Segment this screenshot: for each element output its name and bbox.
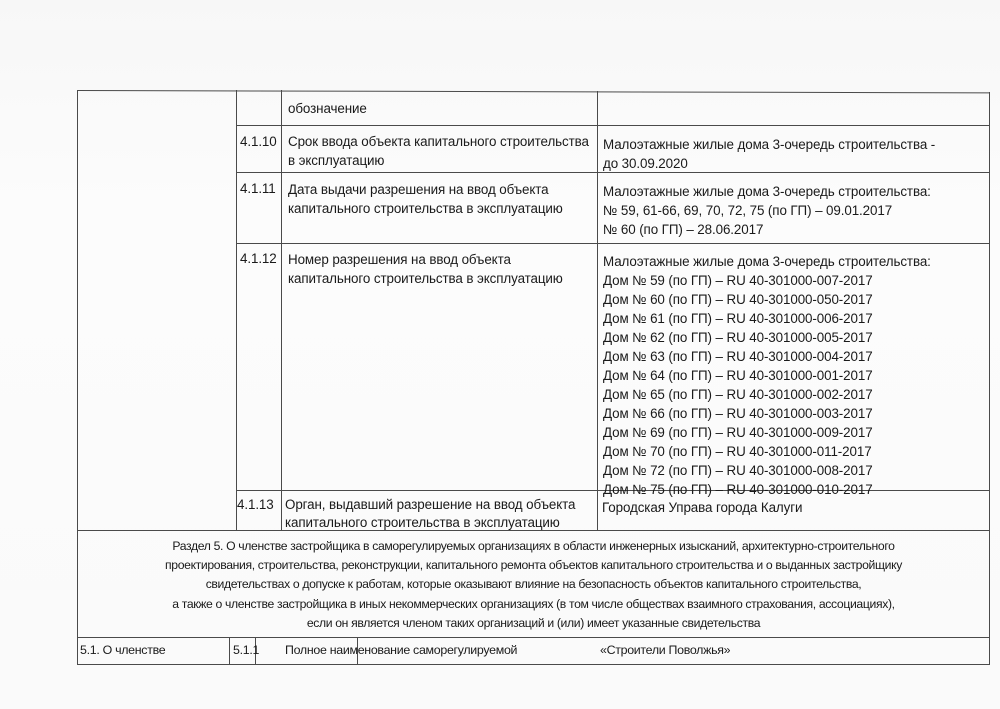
table-border-top xyxy=(77,90,990,93)
row-value: № 59, 61-66, 69, 70, 72, 75 (по ГП) – 09… xyxy=(603,201,892,220)
section-5-line: проектирования, строительства, реконстру… xyxy=(77,556,990,575)
row-number: 4.1.12 xyxy=(240,249,277,268)
row-value: Малоэтажные жилые дома 3-очередь строите… xyxy=(603,182,931,201)
row-value: Дом № 61 (по ГП) – RU 40-301000-006-2017 xyxy=(603,309,873,328)
row-value: Городская Управа города Калуги xyxy=(602,498,802,517)
row51-value: «Строители Поволжья» xyxy=(600,641,730,660)
row51-number: 5.1.1 xyxy=(233,641,259,660)
row51-group: 5.1. О членстве xyxy=(80,641,165,660)
row-value: № 60 (по ГП) – 28.06.2017 xyxy=(603,220,763,239)
row-value: Дом № 62 (по ГП) – RU 40-301000-005-2017 xyxy=(603,328,873,347)
row-value: Дом № 65 (по ГП) – RU 40-301000-002-2017 xyxy=(603,385,873,404)
section-5-line: свидетельствах о допуске к работам, кото… xyxy=(77,575,990,594)
row-value: Дом № 64 (по ГП) – RU 40-301000-001-2017 xyxy=(603,366,873,385)
row-label: обозначение xyxy=(288,99,367,118)
row-label: Срок ввода объекта капитального строител… xyxy=(288,132,589,151)
section-5-heading: Раздел 5. О членстве застройщика в самор… xyxy=(77,537,990,633)
row-number: 4.1.11 xyxy=(240,179,276,198)
row51-divider-1 xyxy=(229,637,230,664)
row51-label: Полное наименование саморегулируемой xyxy=(285,641,517,660)
row-label: Дата выдачи разрешения на ввод объекта xyxy=(288,180,549,199)
row-label: Номер разрешения на ввод объекта xyxy=(288,250,511,269)
row-value: Малоэтажные жилые дома 3-очередь строите… xyxy=(603,252,931,271)
section-divider-bottom xyxy=(77,637,990,638)
row-label: капитального строительства в эксплуатаци… xyxy=(288,269,563,288)
row-value: Дом № 69 (по ГП) – RU 40-301000-009-2017 xyxy=(603,423,873,442)
row-divider-1 xyxy=(236,125,990,126)
section-5-line: а также о членстве застройщика в иных не… xyxy=(77,595,990,614)
col-divider-num xyxy=(236,90,237,530)
row-divider-3 xyxy=(236,243,990,244)
col-divider-value xyxy=(597,91,598,530)
row-value: Дом № 75 (по ГП) – RU 40-301000-010-2017 xyxy=(603,480,873,499)
section-5-line: если он является членом таких организаци… xyxy=(77,614,990,633)
row-value: Дом № 63 (по ГП) – RU 40-301000-004-2017 xyxy=(603,347,873,366)
row-label: в эксплуатацию xyxy=(288,151,384,170)
row-value: Малоэтажные жилые дома 3-очередь строите… xyxy=(603,135,935,154)
table-border-bottom xyxy=(77,664,990,665)
row-label: капитального строительства в эксплуатаци… xyxy=(288,199,563,218)
row-label: Орган, выдавший разрешение на ввод объек… xyxy=(285,495,575,514)
col-divider-label xyxy=(281,90,282,530)
scanned-document-page: обозначение 4.1.10 Срок ввода объекта ка… xyxy=(0,0,1000,709)
row-number: 4.1.13 xyxy=(237,495,274,514)
row-value: Дом № 72 (по ГП) – RU 40-301000-008-2017 xyxy=(603,461,873,480)
row-value: Дом № 60 (по ГП) – RU 40-301000-050-2017 xyxy=(603,290,873,309)
row-value: Дом № 59 (по ГП) – RU 40-301000-007-2017 xyxy=(603,271,873,290)
section-5-line: Раздел 5. О членстве застройщика в самор… xyxy=(77,537,990,556)
row-value: Дом № 66 (по ГП) – RU 40-301000-003-2017 xyxy=(603,404,873,423)
row-value: до 30.09.2020 xyxy=(603,154,688,173)
row-value: Дом № 70 (по ГП) – RU 40-301000-011-2017 xyxy=(603,442,872,461)
row-number: 4.1.10 xyxy=(240,132,277,151)
row-label: капитального строительства в эксплуатаци… xyxy=(285,513,560,532)
